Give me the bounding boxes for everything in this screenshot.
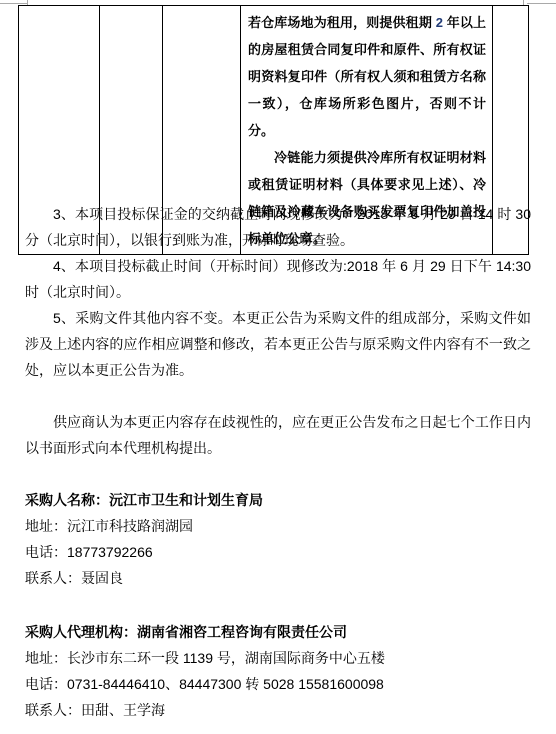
purchaser-phone-line: 电话：18773792266 [25, 539, 531, 565]
agency-name-line: 采购人代理机构：湖南省湘咨工程咨询有限责任公司 [25, 619, 531, 645]
agency-address-line: 地址：长沙市东二环一段 1139 号，湖南国际商务中心五楼 [25, 645, 531, 671]
purchaser-name-line: 采购人名称：沅江市卫生和计划生育局 [25, 487, 531, 513]
lease-years-number: 2 [436, 15, 443, 30]
announcement-body: 3、本项目投标保证金的交纳截止时间现修改为：2018 年 6 月 29 日 14… [25, 201, 531, 723]
amendment-item-4: 4、本项目投标截止时间（开标时间）现修改为:2018 年 6 月 29 日下午 … [25, 253, 531, 305]
agency-phone-line: 电话：0731-84446410、84447300 转 5028 1558160… [25, 671, 531, 697]
supplier-objection-notice: 供应商认为本更正内容存在歧视性的，应在更正公告发布之日起七个工作日内以书面形式向… [25, 409, 531, 461]
document-page: 若仓库场地为租用，则提供租期 2 年以上的房屋租赁合同复印件和原件、所有权证明资… [0, 0, 556, 734]
agency-contact-person-line: 联系人：田甜、王学海 [25, 697, 531, 723]
page-boundary-mark-top-right-horizontal [527, 3, 556, 4]
requirement-text-suffix: 年以上的房屋租赁合同复印件和原件、所有权证明资料复印件（所有权人须和租赁方名称一… [248, 15, 486, 138]
agency-contact-block: 采购人代理机构：湖南省湘咨工程咨询有限责任公司 地址：长沙市东二环一段 1139… [25, 619, 531, 723]
purchaser-address-line: 地址：沅江市科技路润湖园 [25, 513, 531, 539]
amendment-item-5: 5、采购文件其他内容不变。本更正公告为采购文件的组成部分，采购文件如涉及上述内容… [25, 305, 531, 383]
purchaser-contact-block: 采购人名称：沅江市卫生和计划生育局 地址：沅江市科技路润湖园 电话：187737… [25, 487, 531, 591]
amendment-item-3: 3、本项目投标保证金的交纳截止时间现修改为：2018 年 6 月 29 日 14… [25, 201, 531, 253]
purchaser-contact-person-line: 联系人：聂固良 [25, 565, 531, 591]
page-boundary-mark-top-left-horizontal [0, 3, 28, 4]
requirement-paragraph-warehouse: 若仓库场地为租用，则提供租期 2 年以上的房屋租赁合同复印件和原件、所有权证明资… [248, 9, 486, 144]
requirement-text-prefix: 若仓库场地为租用，则提供租期 [248, 15, 436, 30]
